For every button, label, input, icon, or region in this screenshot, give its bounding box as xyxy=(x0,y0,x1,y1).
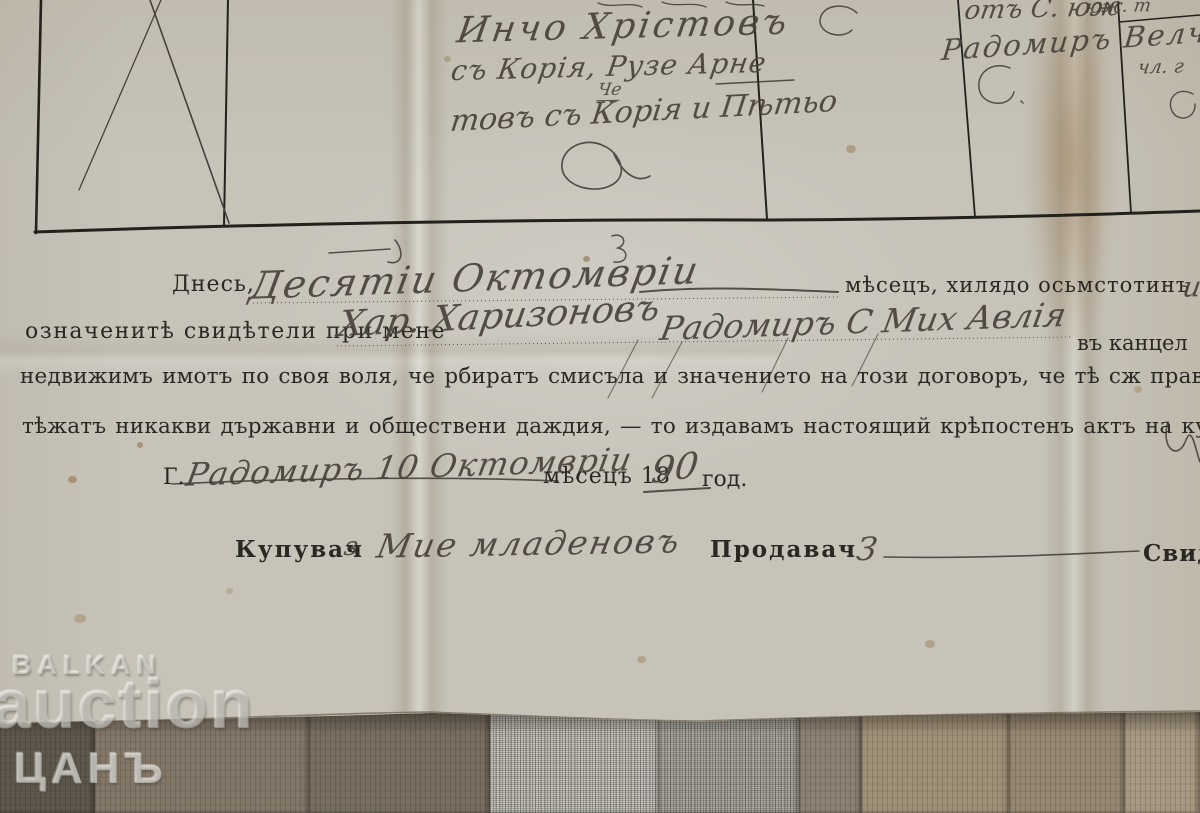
signature-flourish xyxy=(820,6,857,35)
printed-office: въ канцел xyxy=(1077,331,1188,355)
register-entry-insert: Че xyxy=(596,80,622,102)
cell-cross-stroke xyxy=(150,0,229,223)
watermark-auction: auction xyxy=(0,664,255,744)
signature-flourish xyxy=(1170,91,1195,118)
seller-line xyxy=(884,551,1139,557)
cell-cross-stroke xyxy=(79,0,161,190)
table-line-v1 xyxy=(36,0,41,233)
printed-g: Г. xyxy=(163,465,185,490)
photo-of-old-deed: Инчо Хрістовъ съ Корія, Рузе Арне товъ с… xyxy=(0,0,1200,813)
printed-month-year: мѣсецъ, хилядо осьмстотинъ xyxy=(845,273,1190,297)
deed-paper: Инчо Хрістовъ съ Корія, Рузе Арне товъ с… xyxy=(0,0,1200,726)
register-entry: юж. т xyxy=(1084,0,1152,18)
printed-body-line: недвижимъ имотъ по своя воля, че рбиратъ… xyxy=(20,364,1200,389)
buyer-signature: Мие младеновъ xyxy=(374,521,685,565)
printed-dnes: Днесь, xyxy=(172,272,255,297)
table-line-v2 xyxy=(224,0,228,226)
handwriting-dash xyxy=(716,80,794,84)
printed-body-line: тѣжатъ никакви държавни и обществени даж… xyxy=(22,414,1200,439)
register-entry: чл. г xyxy=(1136,55,1185,78)
signature-flourish xyxy=(979,66,1023,104)
printed-god: год. xyxy=(702,467,747,492)
witness-label: Свид xyxy=(1143,540,1200,567)
signature-flourish xyxy=(562,142,650,189)
table-line-bottom xyxy=(35,211,1200,232)
watermark-cyrillic: ЦАНЪ xyxy=(14,744,168,794)
handwritten-year: 90 xyxy=(649,445,700,492)
seller-label: Продавач xyxy=(710,536,857,563)
